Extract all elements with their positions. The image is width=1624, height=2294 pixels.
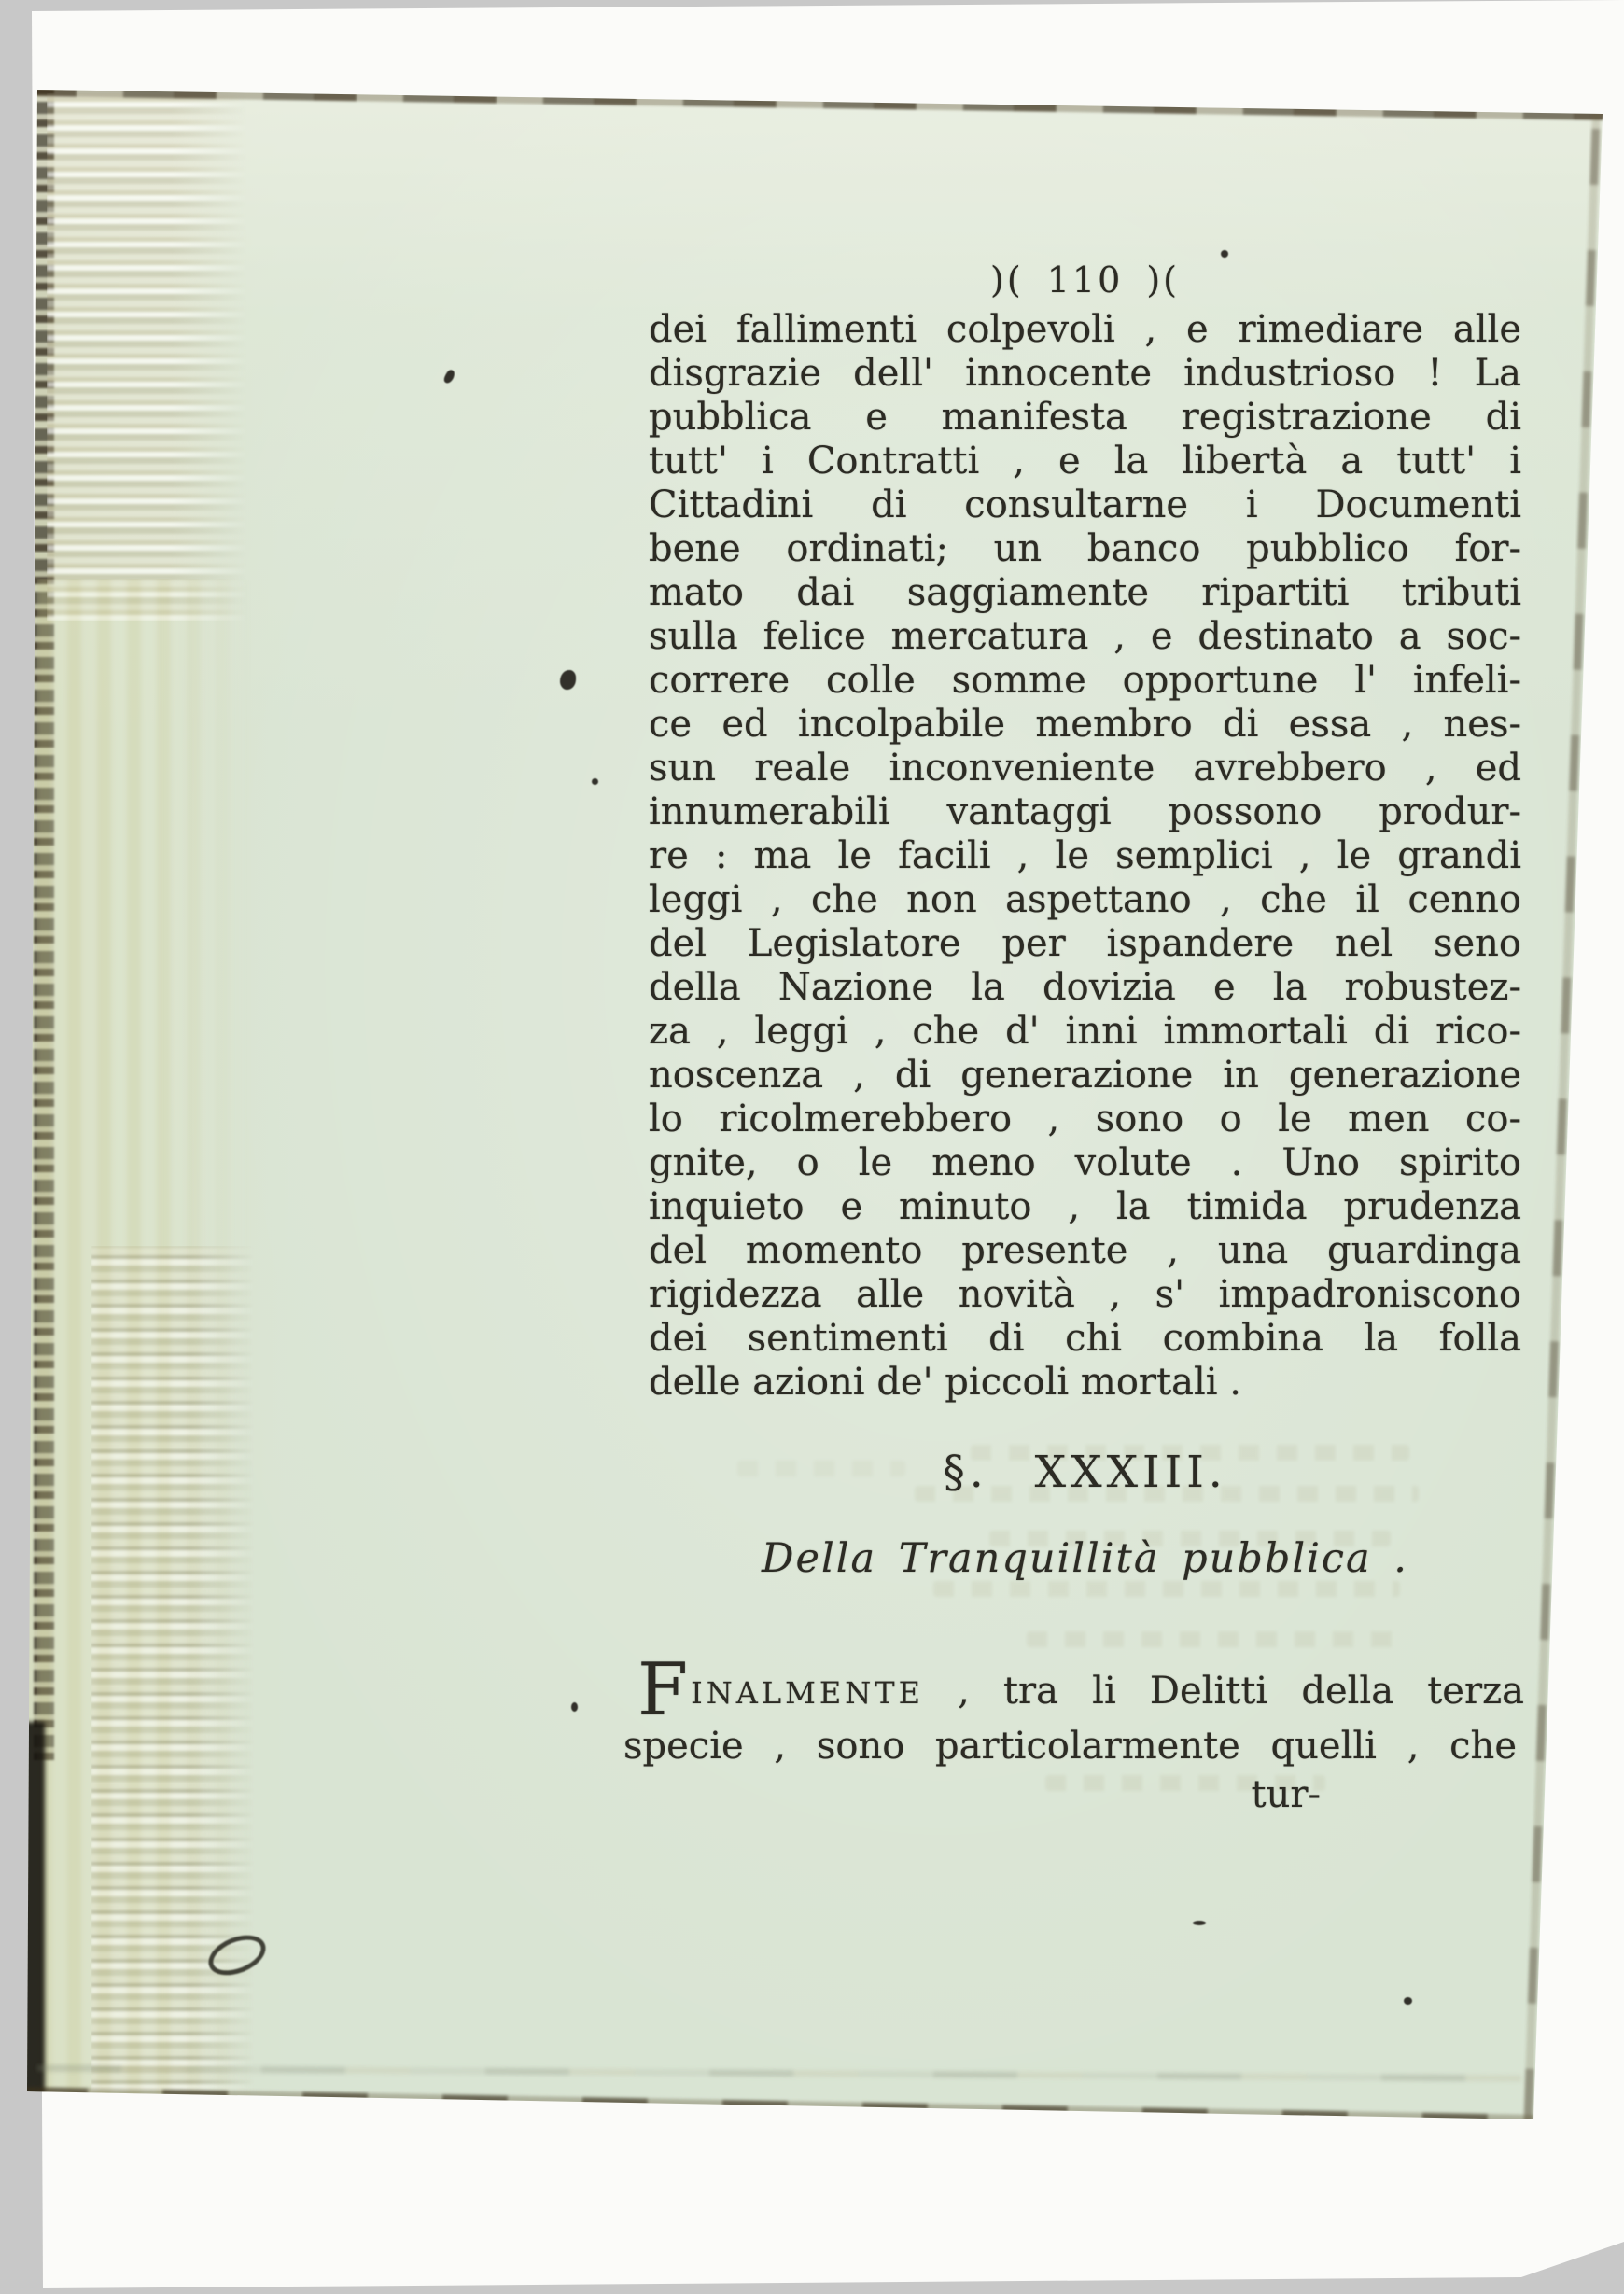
text-line: Cittadini di consultarne i Documenti (649, 483, 1521, 527)
section-number-heading: §. XXXIII. (649, 1447, 1521, 1498)
text-line: noscenza , di generazione in generazione (649, 1054, 1521, 1098)
main-paragraph: dei fallimenti colpevoli , e rimediare a… (649, 308, 1521, 1405)
text-line: dei fallimenti colpevoli , e rimediare a… (649, 308, 1521, 352)
binding-texture-upper (47, 93, 247, 621)
text-line: mato dai saggiamente ripartiti tributi (649, 571, 1521, 615)
text-line: rigidezza alle novità , s' impadroniscon… (649, 1273, 1521, 1317)
text-line: delle azioni de' piccoli mortali . (649, 1361, 1521, 1405)
page-number: )( 110 )( (649, 259, 1521, 301)
small-caps-word: INALMENTE (691, 1675, 924, 1711)
book-page: )( 110 )( dei fallimenti colpevoli , e r… (0, 0, 1624, 2294)
text-line: della Nazione la dovizia e la robustez- (649, 966, 1521, 1010)
text-line: sun reale inconveniente avrebbero , ed (649, 747, 1521, 790)
ink-speck (571, 1702, 578, 1712)
ink-speck (1404, 1997, 1412, 2005)
text-line: gnite, o le meno volute . Uno spirito (649, 1141, 1521, 1185)
text-line: disgrazie dell' innocente industrioso ! … (649, 352, 1521, 396)
show-through-row (1027, 1631, 1400, 1647)
text-line: tutt' i Contratti , e la libertà a tutt'… (649, 440, 1521, 483)
gutter-shadow (37, 579, 252, 2109)
text-line: correre colle somme opportune l' infeli- (649, 659, 1521, 703)
text-line: pubblica e manifesta registrazione di (649, 396, 1521, 440)
section-subtitle: Della Tranquillità pubblica . (649, 1535, 1521, 1582)
text-line: dei sentimenti di chi combina la folla (649, 1317, 1521, 1361)
text-line: innumerabili vantaggi possono produr- (649, 790, 1521, 834)
final-paragraph-line2: specie , sono particolarmente quelli , c… (623, 1725, 1517, 1769)
ink-blot (560, 670, 576, 690)
text-line: leggi , che non aspettano , che il cenno (649, 878, 1521, 922)
final-paragraph-line1: FINALMENTE , tra li Delitti della terza (637, 1654, 1524, 1719)
text-line: re : ma le facili , le semplici , le gra… (649, 834, 1521, 878)
text-line: inquieto e minuto , la timida prudenza (649, 1185, 1521, 1229)
ink-speck (1221, 250, 1228, 258)
drop-cap: F (637, 1648, 688, 1732)
ink-speck (442, 369, 455, 385)
text-line: sulla felice mercatura , e destinato a s… (649, 615, 1521, 659)
text-line: ce ed incolpabile membro di essa , nes- (649, 703, 1521, 747)
ink-speck (1193, 1921, 1206, 1925)
text-line: lo ricolmerebbero , sono o le men co- (649, 1098, 1521, 1141)
text-line: del momento presente , una guardinga (649, 1229, 1521, 1273)
scanned-book-page-screenshot: )( 110 )( dei fallimenti colpevoli , e r… (0, 0, 1624, 2294)
catchword: tur- (649, 1773, 1521, 1816)
show-through-row (933, 1581, 1400, 1597)
line1-rest: , tra li Delitti della terza (924, 1670, 1524, 1713)
ink-speck (592, 778, 598, 785)
text-line: za , leggi , che d' inni immortali di ri… (649, 1010, 1521, 1054)
paper-crease (37, 2064, 1521, 2081)
text-line: bene ordinati; un banco pubblico for- (649, 527, 1521, 571)
text-line: del Legislatore per ispandere nel seno (649, 922, 1521, 966)
left-edge-dark-band (9, 1722, 45, 2105)
